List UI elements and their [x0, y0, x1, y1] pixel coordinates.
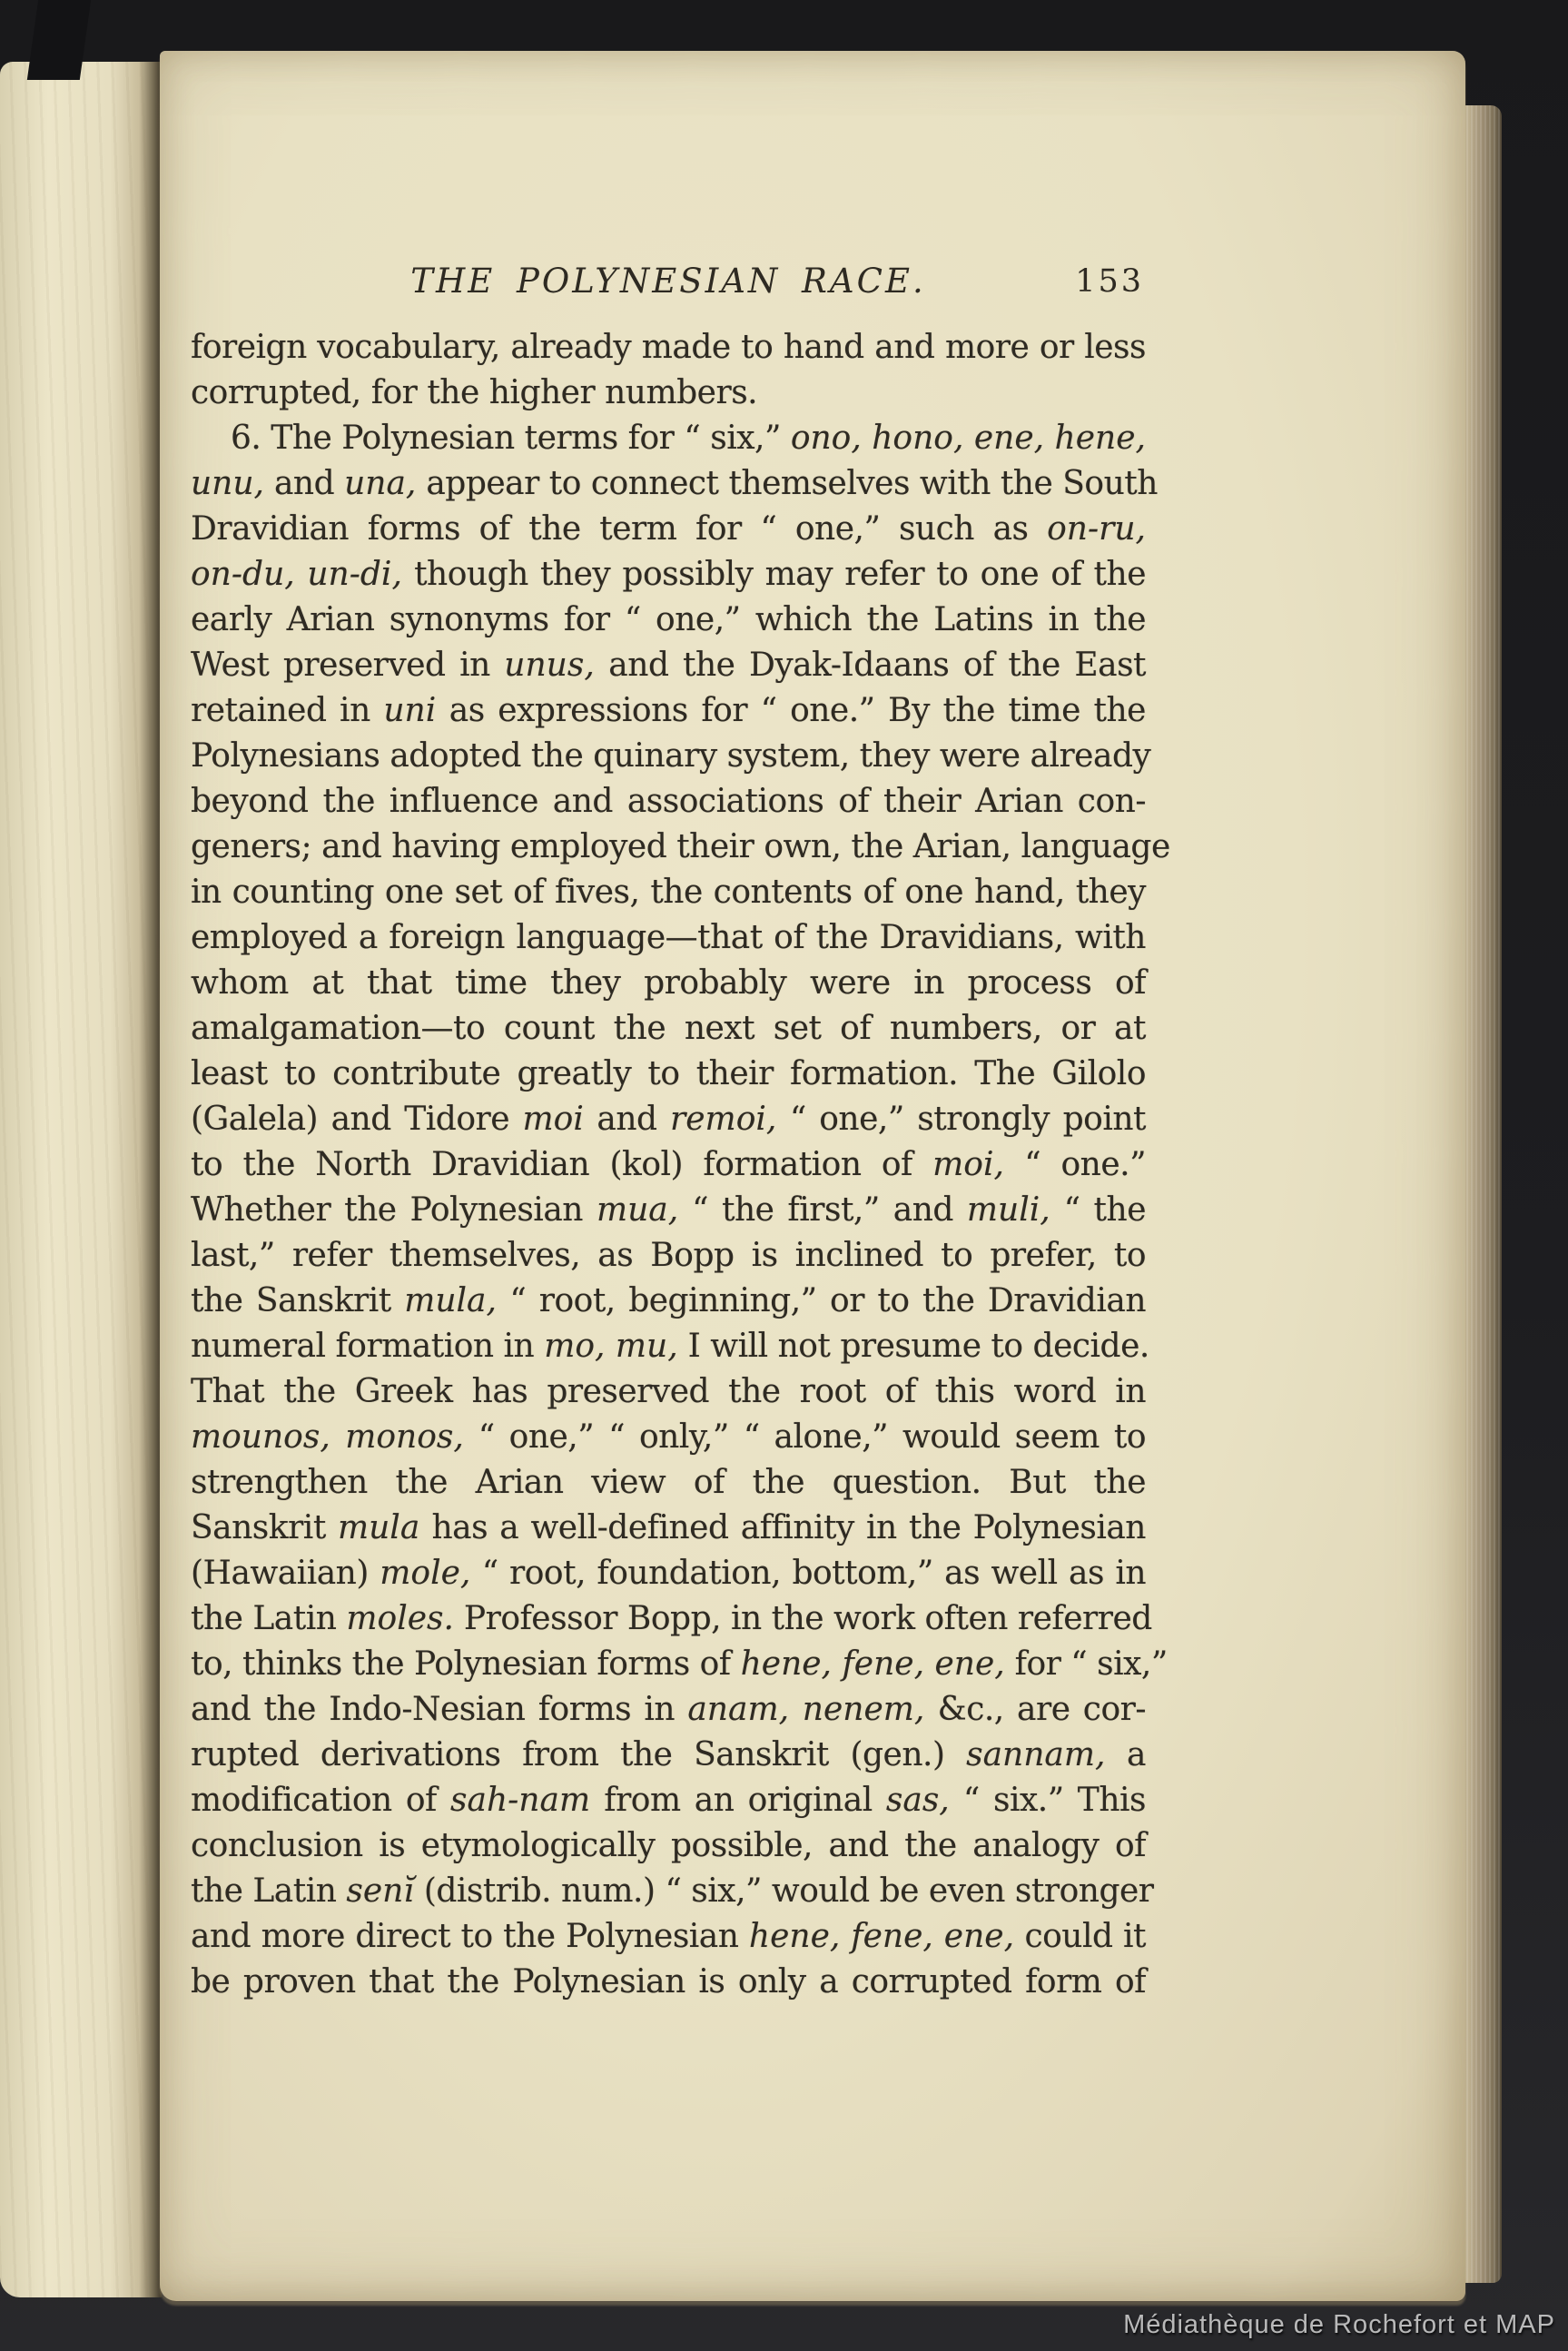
- text-line: early Arian synonyms for “ one,” which t…: [191, 598, 1146, 643]
- text-line: Sanskrit mula has a well-defined affinit…: [191, 1506, 1146, 1551]
- text-line: Dravidian forms of the term for “ one,” …: [191, 507, 1146, 552]
- text-line: and the Indo-Nesian forms in anam, nenem…: [191, 1687, 1146, 1733]
- text-line: rupted derivations from the Sanskrit (ge…: [191, 1733, 1146, 1778]
- text-line: That the Greek has preserved the root of…: [191, 1369, 1146, 1415]
- text-line: geners; and having employed their own, t…: [191, 825, 1146, 870]
- text-line: last,” refer themselves, as Bopp is incl…: [191, 1233, 1146, 1279]
- text-line: corrupted, for the higher numbers.: [191, 370, 1146, 416]
- text-line: the Latin moles. Professor Bopp, in the …: [191, 1596, 1146, 1642]
- text-line: in counting one set of fives, the conten…: [191, 870, 1146, 915]
- text-line: mounos, monos, “ one,” “ only,” “ alone,…: [191, 1415, 1146, 1460]
- text-line: to the North Dravidian (kol) formation o…: [191, 1142, 1146, 1188]
- text-line: numeral formation in mo, mu, I will not …: [191, 1324, 1146, 1369]
- text-line: beyond the influence and associations of…: [191, 779, 1146, 825]
- text-line: least to contribute greatly to their for…: [191, 1052, 1146, 1097]
- text-line: the Sanskrit mula, “ root, beginning,” o…: [191, 1279, 1146, 1324]
- spine-shadow-notch: [27, 0, 91, 80]
- text-line: unu, and una, appear to connect themselv…: [191, 461, 1146, 507]
- left-page-edges: [0, 62, 162, 2297]
- photo-background: THE POLYNESIAN RACE. 153 foreign vocabul…: [0, 0, 1568, 2351]
- body-text: foreign vocabulary, already made to hand…: [191, 325, 1146, 2005]
- text-line: (Hawaiian) mole, “ root, foundation, bot…: [191, 1551, 1146, 1596]
- text-line: foreign vocabulary, already made to hand…: [191, 325, 1146, 370]
- running-header: THE POLYNESIAN RACE. 153: [191, 259, 1146, 304]
- watermark: Médiathèque de Rochefort et MAP: [1123, 2310, 1555, 2340]
- header-title: THE POLYNESIAN RACE.: [191, 259, 1146, 304]
- text-line: the Latin senĭ (distrib. num.) “ six,” w…: [191, 1869, 1146, 1914]
- text-line: retained in uni as expressions for “ one…: [191, 688, 1146, 734]
- text-line: employed a foreign language—that of the …: [191, 915, 1146, 961]
- text-line: West preserved in unus, and the Dyak-Ida…: [191, 643, 1146, 688]
- text-line: strengthen the Arian view of the questio…: [191, 1460, 1146, 1506]
- text-line: and more direct to the Polynesian hene, …: [191, 1914, 1146, 1960]
- text-line: 6. The Polynesian terms for “ six,” ono,…: [191, 416, 1146, 461]
- book-page: THE POLYNESIAN RACE. 153 foreign vocabul…: [160, 51, 1465, 2301]
- text-line: modification of sah-nam from an original…: [191, 1778, 1146, 1823]
- text-line: to, thinks the Polynesian forms of hene,…: [191, 1642, 1146, 1687]
- text-line: whom at that time they probably were in …: [191, 961, 1146, 1006]
- fore-edge-page-stack: [1462, 105, 1502, 2283]
- text-line: Polynesians adopted the quinary system, …: [191, 734, 1146, 779]
- page-number: 153: [1075, 259, 1144, 304]
- text-line: on-du, un-di, though they possibly may r…: [191, 552, 1146, 598]
- text-line: be proven that the Polynesian is only a …: [191, 1960, 1146, 2005]
- text-line: conclusion is etymologically possible, a…: [191, 1823, 1146, 1869]
- text-line: Whether the Polynesian mua, “ the first,…: [191, 1188, 1146, 1233]
- text-line: (Galela) and Tidore moi and remoi, “ one…: [191, 1097, 1146, 1142]
- text-line: amalgamation—to count the next set of nu…: [191, 1006, 1146, 1052]
